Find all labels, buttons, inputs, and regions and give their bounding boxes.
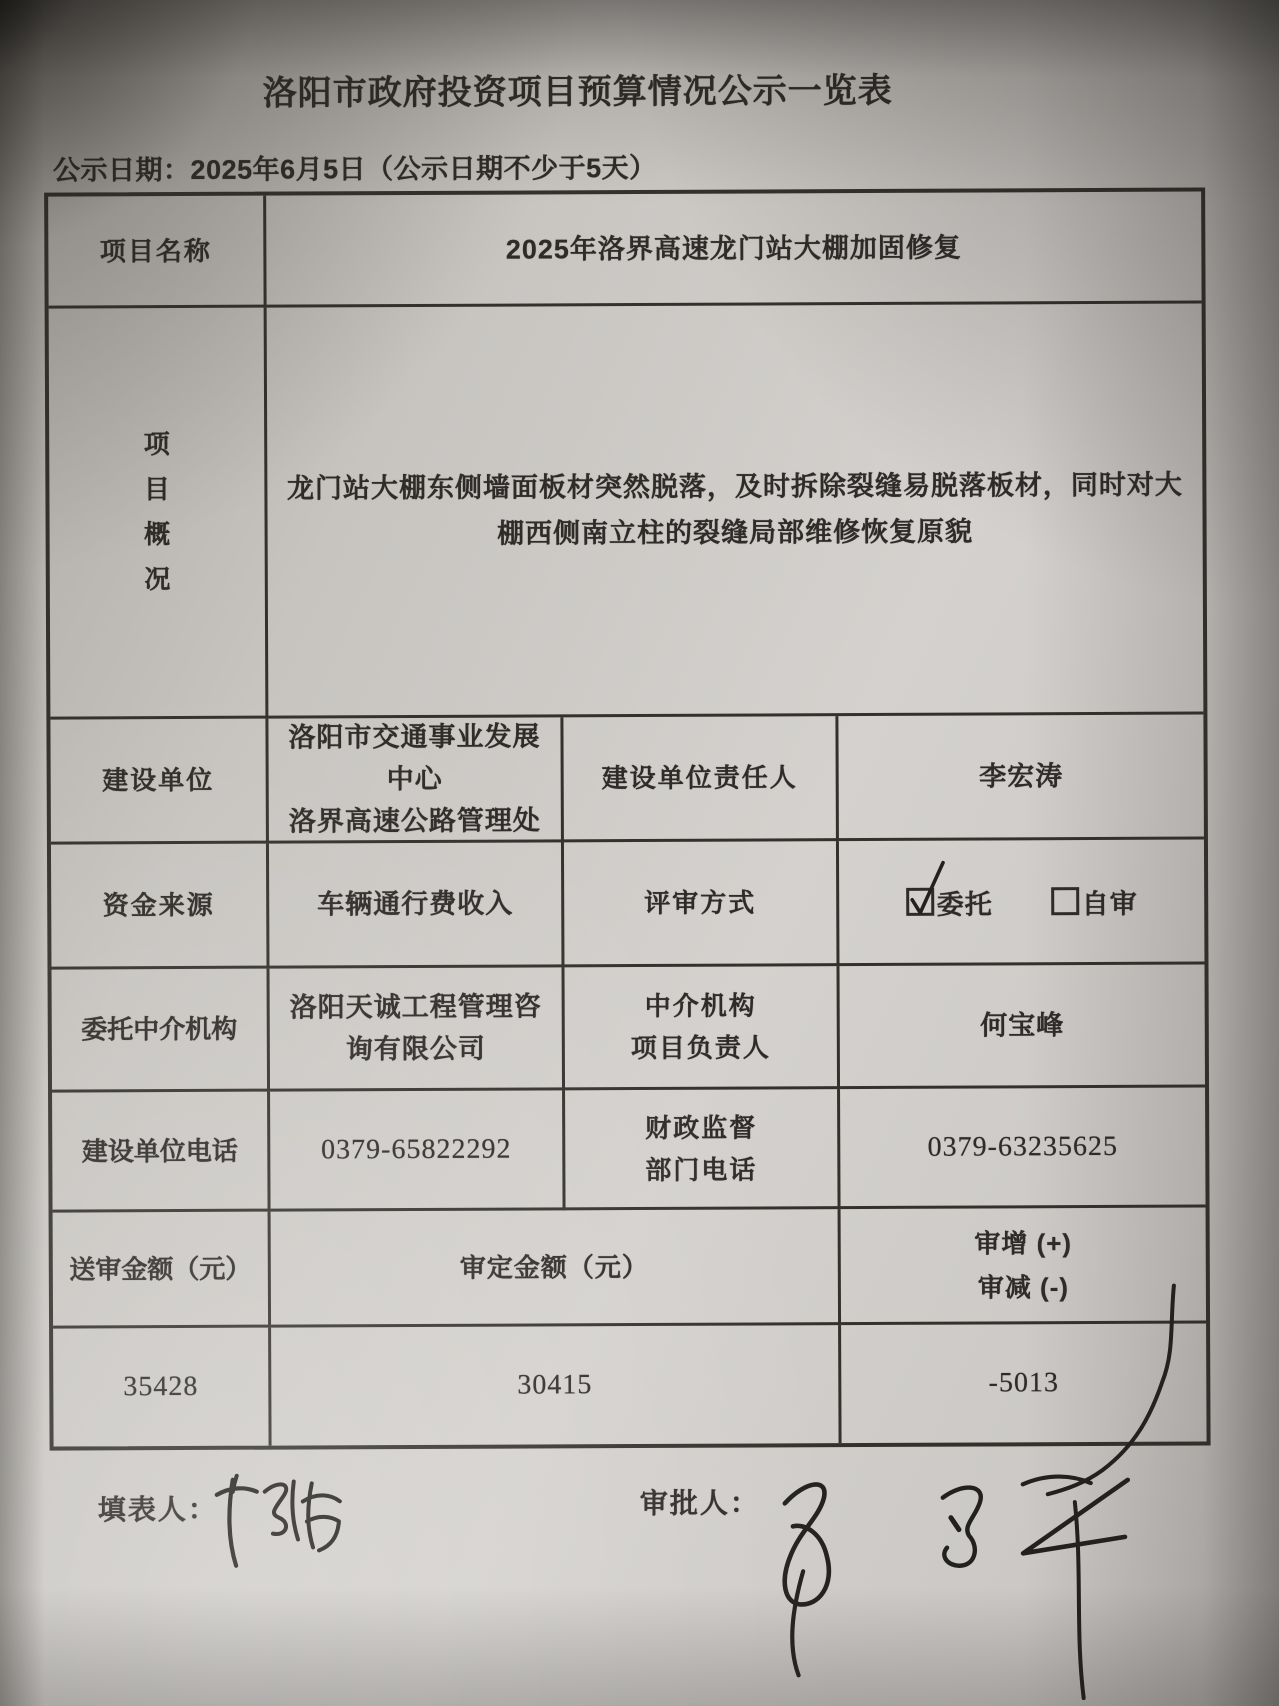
project-name-value: 2025年洛界高速龙门站大棚加固修复 xyxy=(506,226,962,270)
project-overview-label: 项 目 概 况 xyxy=(144,422,171,602)
unit-responsible-label-cell: 建设单位责任人 xyxy=(563,716,839,842)
adjustment-value-cell: -5013 xyxy=(841,1324,1207,1444)
unit-phone-value: 0379-65822292 xyxy=(321,1128,512,1171)
review-method-options-cell: 委托 自审 xyxy=(839,840,1205,967)
approved-amount-label: 审定金额（元） xyxy=(460,1244,649,1289)
preparer-signature xyxy=(199,1461,349,1574)
approver-label: 审批人： xyxy=(640,1481,760,1522)
project-name-label-cell: 项目名称 xyxy=(48,196,266,309)
option-self-review-label: 自审 xyxy=(1082,881,1138,920)
option-entrusted: 委托 xyxy=(906,882,993,921)
project-overview-label-cell: 项 目 概 况 xyxy=(49,308,269,720)
finance-phone-label: 财政监督 部门电话 xyxy=(645,1106,757,1190)
submitted-amount-value-cell: 35428 xyxy=(53,1328,272,1447)
unit-responsible-value-cell: 李宏涛 xyxy=(838,715,1204,842)
paper-sheet: 洛阳市政府投资项目预算情况公示一览表 公示日期：2025年6月5日（公示日期不少… xyxy=(0,0,1279,1706)
review-method-label-cell: 评审方式 xyxy=(564,841,840,967)
unit-responsible-label: 建设单位责任人 xyxy=(602,756,798,799)
handwritten-checkmark-icon xyxy=(903,858,949,920)
approved-amount-label-cell: 审定金额（元） xyxy=(271,1209,842,1327)
finance-phone-value-cell: 0379-63235625 xyxy=(840,1088,1206,1210)
intermediary-pm-value-cell: 何宝峰 xyxy=(839,965,1205,1090)
unit-responsible-value: 李宏涛 xyxy=(979,755,1063,797)
finance-phone-value: 0379-63235625 xyxy=(928,1125,1119,1168)
intermediary-label: 委托中介机构 xyxy=(81,1008,237,1051)
empty-checkbox-icon xyxy=(1051,887,1079,915)
review-method-label: 评审方式 xyxy=(644,881,756,923)
project-name-value-cell: 2025年洛界高速龙门站大棚加固修复 xyxy=(266,192,1201,308)
intermediary-pm-label: 中介机构 项目负责人 xyxy=(631,984,771,1069)
unit-phone-label: 建设单位电话 xyxy=(82,1129,238,1172)
approved-amount-value: 30415 xyxy=(517,1369,592,1401)
project-overview-value-cell: 龙门站大棚东侧墙面板材突然脱落，及时拆除裂缝易脱落板材，同时对大 棚西侧南立柱的… xyxy=(267,304,1204,719)
project-overview-value: 龙门站大棚东侧墙面板材突然脱落，及时拆除裂缝易脱落板材，同时对大 棚西侧南立柱的… xyxy=(287,462,1183,558)
preparer-label: 填表人： xyxy=(98,1488,218,1529)
option-self-review: 自审 xyxy=(1051,881,1138,920)
unit-phone-label-cell: 建设单位电话 xyxy=(52,1092,271,1213)
construction-unit-value-cell: 洛阳市交通事业发展 中心 洛界高速公路管理处 xyxy=(268,717,564,843)
publicity-date-line: 公示日期：2025年6月5日（公示日期不少于5天） xyxy=(53,146,657,188)
adjustment-label-cell: 审增 (+) 审减 (-) xyxy=(841,1208,1207,1326)
intermediary-label-cell: 委托中介机构 xyxy=(52,969,271,1093)
finance-phone-label-cell: 财政监督 部门电话 xyxy=(565,1089,841,1210)
funding-source-value-cell: 车辆通行费收入 xyxy=(269,842,565,968)
construction-unit-label-cell: 建设单位 xyxy=(50,719,269,845)
adjustment-value: -5013 xyxy=(989,1367,1059,1399)
submitted-amount-value: 35428 xyxy=(123,1371,198,1403)
budget-publicity-table: 项目名称 2025年洛界高速龙门站大棚加固修复 项 目 概 况 龙门站大棚东侧墙… xyxy=(44,188,1210,1451)
photographed-document: 洛阳市政府投资项目预算情况公示一览表 公示日期：2025年6月5日（公示日期不少… xyxy=(0,0,1279,1706)
intermediary-value: 洛阳天诚工程管理咨 询有限公司 xyxy=(290,985,542,1070)
adjustment-label: 审增 (+) 审减 (-) xyxy=(974,1221,1072,1309)
construction-unit-value: 洛阳市交通事业发展 中心 洛界高速公路管理处 xyxy=(288,717,541,842)
intermediary-pm-value: 何宝峰 xyxy=(980,1004,1064,1046)
intermediary-pm-label-cell: 中介机构 项目负责人 xyxy=(564,966,840,1090)
review-method-options: 委托 自审 xyxy=(906,881,1138,921)
funding-source-label-cell: 资金来源 xyxy=(51,844,270,970)
submitted-amount-label: 送审金额（元） xyxy=(69,1246,251,1291)
submitted-amount-label-cell: 送审金额（元） xyxy=(53,1212,272,1329)
checked-checkbox-icon xyxy=(906,888,934,916)
approved-amount-value-cell: 30415 xyxy=(271,1325,842,1445)
intermediary-value-cell: 洛阳天诚工程管理咨 询有限公司 xyxy=(270,967,566,1091)
funding-source-value: 车辆通行费收入 xyxy=(317,883,513,926)
document-title: 洛阳市政府投资项目预算情况公示一览表 xyxy=(0,62,1159,116)
unit-phone-value-cell: 0379-65822292 xyxy=(270,1090,566,1211)
project-name-label: 项目名称 xyxy=(100,229,212,271)
funding-source-label: 资金来源 xyxy=(103,884,215,926)
construction-unit-label: 建设单位 xyxy=(102,759,214,801)
